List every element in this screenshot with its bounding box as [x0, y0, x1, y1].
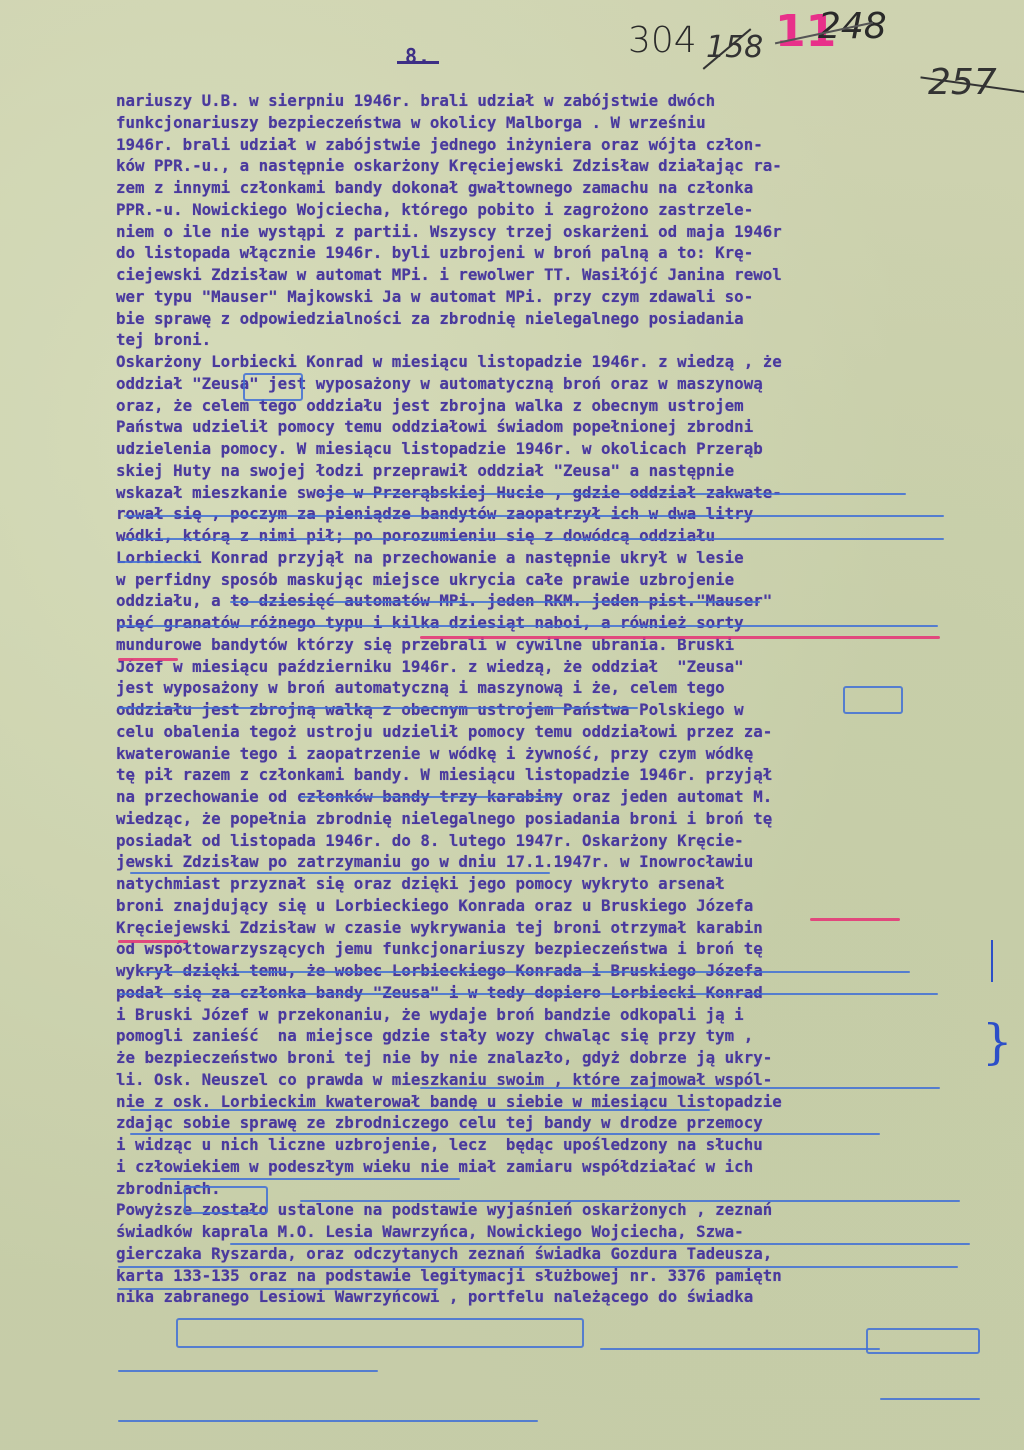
underline-mark: [300, 796, 560, 798]
red-underline-mark: [118, 658, 178, 661]
text-line: niem o ile nie wystąpi z partii. Wszyscy…: [116, 221, 996, 243]
margin-brace-mark: }: [982, 1014, 1013, 1070]
underline-mark: [160, 1178, 460, 1180]
underline-mark: [124, 538, 944, 540]
text-line: ków PPR.-u., a następnie oskarżony Kręci…: [116, 155, 996, 177]
text-line: udzielenia pomocy. W miesiącu listopadzi…: [116, 438, 996, 460]
red-underline-mark: [118, 940, 188, 943]
underline-mark: [230, 1243, 970, 1245]
circled-witness-names: [176, 1318, 584, 1348]
underline-mark: [300, 1200, 960, 1202]
text-line: Państwa udzielił pomocy temu oddziałowi …: [116, 416, 996, 438]
archive-number-crossed-2: 248: [818, 6, 887, 47]
underline-mark: [130, 1109, 710, 1111]
archive-number-stamp: 304: [628, 20, 697, 61]
underline-mark: [118, 707, 638, 709]
circled-name-lorbiecki: [243, 373, 303, 401]
text-line: wódki, którą z nimi pił; po porozumieniu…: [116, 525, 996, 547]
circled-name-lorbieckim: [184, 1186, 268, 1214]
underline-mark: [420, 1087, 940, 1089]
underline-mark: [880, 1398, 980, 1400]
text-line: tę pił razem z członkami bandy. W miesią…: [116, 764, 996, 786]
text-line: że bezpieczeństwo broni tej nie by nie z…: [116, 1047, 996, 1069]
text-line: w perfidny sposób maskując miejsce ukryc…: [116, 569, 996, 591]
text-line: Józef w miesiącu październiku 1946r. z w…: [116, 656, 996, 678]
underline-mark: [118, 625, 938, 627]
underline-mark: [130, 872, 550, 874]
text-line: do listopada włącznie 1946r. byli uzbroj…: [116, 242, 996, 264]
text-line: Oskarżony Lorbiecki Konrad w miesiącu li…: [116, 351, 996, 373]
text-line: wiedząc, że popełnia zbrodnię nielegalne…: [116, 808, 996, 830]
text-line: funkcjonariuszy bezpieczeństwa w okolicy…: [116, 112, 996, 134]
underline-mark: [140, 971, 910, 973]
archive-number-crossed: 158: [706, 30, 763, 65]
text-line: i człowiekiem w podeszłym wieku nie miał…: [116, 1156, 996, 1178]
underline-mark: [118, 993, 938, 995]
text-line: zdając sobie sprawę ze zbrodniczego celu…: [116, 1112, 996, 1134]
underline-mark: [118, 561, 198, 563]
text-line: zem z innymi członkami bandy dokonał gwa…: [116, 177, 996, 199]
text-line: i widząc u nich liczne uzbrojenie, lecz …: [116, 1134, 996, 1156]
margin-line-mark: [991, 940, 993, 982]
document-page: 8. 304 158 11 248 257 nariuszy U.B. w si…: [0, 0, 1024, 1450]
text-line: ciejewski Zdzisław w automat MPi. i rewo…: [116, 264, 996, 286]
text-line: bie sprawę z odpowiedzialności za zbrodn…: [116, 308, 996, 330]
text-line: posiadał od listopada 1946r. do 8. luteg…: [116, 830, 996, 852]
page-marker: 8.: [405, 44, 431, 68]
text-line: 1946r. brali udział w zabójstwie jednego…: [116, 134, 996, 156]
underline-mark: [118, 1420, 538, 1422]
text-line: i Bruski Józef w przekonaniu, że wydaje …: [116, 1004, 996, 1026]
text-line: jewski Zdzisław po zatrzymaniu go w dniu…: [116, 851, 996, 873]
text-line: gierczaka Ryszarda, oraz odczytanych zez…: [116, 1243, 996, 1265]
underline-mark: [600, 1348, 880, 1350]
underline-mark: [118, 1370, 378, 1372]
text-line: PPR.-u. Nowickiego Wojciecha, którego po…: [116, 199, 996, 221]
text-line: pomogli zanieść na miejsce gdzie stały w…: [116, 1025, 996, 1047]
text-line: od współtowarzyszących jemu funkcjonariu…: [116, 938, 996, 960]
text-line: skiej Huty na swojej łodzi przeprawił od…: [116, 460, 996, 482]
red-underline-mark: [420, 636, 940, 639]
underline-mark: [118, 1288, 438, 1290]
text-line: broni znajdujący się u Lorbieckiego Konr…: [116, 895, 996, 917]
underline-mark: [318, 493, 906, 495]
text-line: natychmiast przyznał się oraz dzięki jeg…: [116, 873, 996, 895]
circled-name-szwagierczak: [866, 1328, 980, 1354]
underline-mark: [130, 1133, 880, 1135]
circled-name-bruski: [843, 686, 903, 714]
text-line: kwaterowanie tego i zaopatrzenie w wódkę…: [116, 743, 996, 765]
text-line: pięć granatów różnego typu i kilka dzies…: [116, 612, 996, 634]
text-line: świadków kaprala M.O. Lesia Wawrzyńca, N…: [116, 1221, 996, 1243]
text-line: Lorbiecki Konrad przyjął na przechowanie…: [116, 547, 996, 569]
underline-mark: [230, 601, 760, 603]
text-line: wer typu "Mauser" Majkowski Ja w automat…: [116, 286, 996, 308]
red-underline-mark: [810, 918, 900, 921]
underline-mark: [124, 515, 944, 517]
text-line: nariuszy U.B. w sierpniu 1946r. brali ud…: [116, 90, 996, 112]
text-line: tej broni.: [116, 329, 996, 351]
text-line: celu obalenia tegoż ustroju udzielił pom…: [116, 721, 996, 743]
underline-mark: [118, 1266, 958, 1268]
